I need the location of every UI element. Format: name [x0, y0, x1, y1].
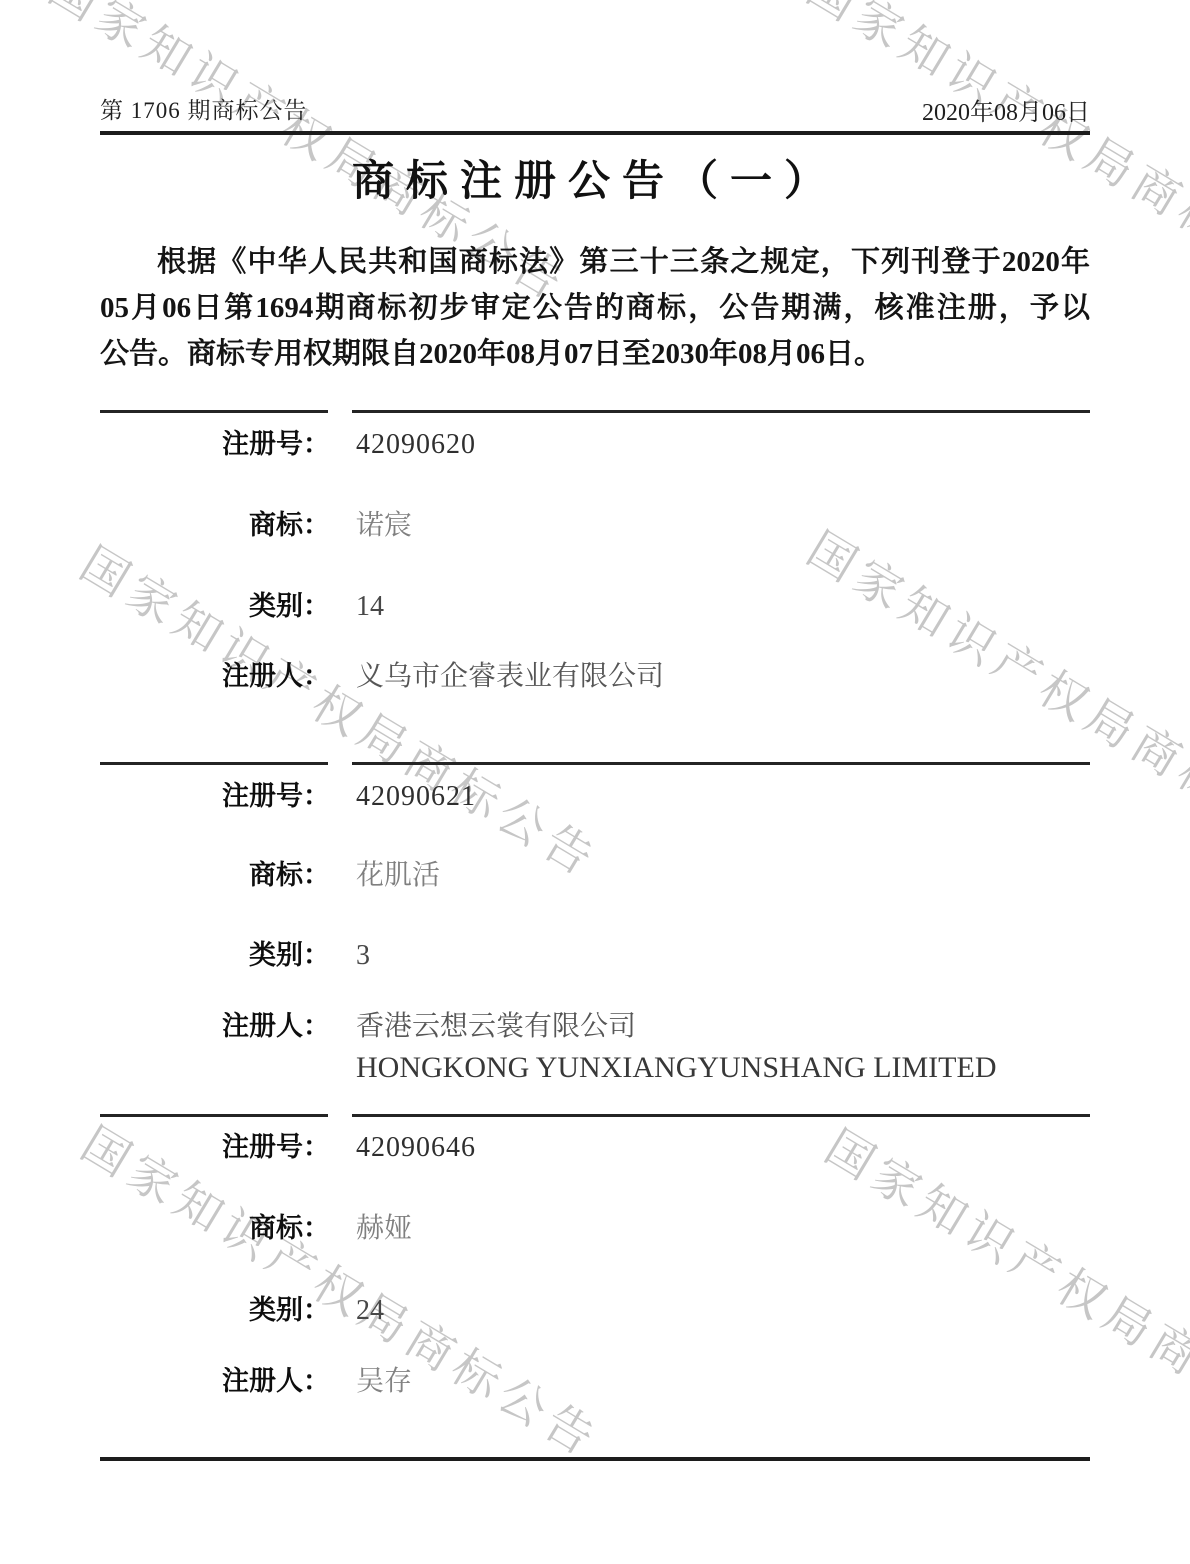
field-label-registrant: 注册人： [100, 661, 330, 692]
registrant-name-english: HONGKONG YUNXIANGYUNSHANG LIMITED [356, 1051, 997, 1084]
page-title: 商标注册公告（一） [100, 148, 1090, 208]
record-row: 类别： 3 [100, 940, 1090, 972]
field-label-registrant: 注册人： [100, 1366, 330, 1397]
record-separator [352, 1114, 1090, 1117]
record-row: 注册号： 42090621 [100, 781, 1090, 813]
issue-date: 2020年08月06日 [922, 92, 1090, 127]
watermark-text: 国家知识产权局商标公告 [796, 513, 1190, 876]
field-label-regno: 注册号： [100, 1132, 330, 1163]
record-row: 注册人： 吴存 [100, 1366, 1090, 1398]
trademark-name: 赫娅 [356, 1213, 412, 1245]
record-separator [352, 410, 1090, 413]
registration-number: 42090646 [356, 1132, 476, 1164]
category-number: 14 [356, 591, 384, 623]
record-separator [100, 410, 328, 413]
record-row: HONGKONG YUNXIANGYUNSHANG LIMITED [356, 1051, 997, 1085]
record-separator [100, 1114, 328, 1117]
field-label-trademark: 商标： [100, 1213, 330, 1244]
field-label-trademark: 商标： [100, 860, 330, 891]
watermark-text: 国家知识产权局商标公告 [814, 1111, 1190, 1474]
issue-number: 第 1706 期商标公告 [100, 92, 308, 125]
registrant-name: 香港云想云裳有限公司 [356, 1011, 636, 1043]
record-separator [352, 762, 1090, 765]
registration-number: 42090621 [356, 781, 476, 813]
record-row: 注册号： 42090620 [100, 429, 1090, 461]
field-label-category: 类别： [100, 591, 330, 622]
intro-line: 05月06日第1694期商标初步审定公告的商标，公告期满，核准注册，予以 [100, 291, 1090, 325]
record-separator [100, 762, 328, 765]
record-row: 商标： 花肌活 [100, 860, 1090, 892]
record-row: 类别： 24 [100, 1295, 1090, 1327]
registrant-name: 义乌市企睿表业有限公司 [356, 661, 664, 693]
field-label-regno: 注册号： [100, 781, 330, 812]
registrant-name: 吴存 [356, 1366, 412, 1398]
record-row: 注册人： 香港云想云裳有限公司 [100, 1011, 1090, 1043]
field-label-category: 类别： [100, 1295, 330, 1326]
record-row: 类别： 14 [100, 591, 1090, 623]
field-label-registrant: 注册人： [100, 1011, 330, 1042]
record-row: 注册人： 义乌市企睿表业有限公司 [100, 661, 1090, 693]
field-label-regno: 注册号： [100, 429, 330, 460]
trademark-name: 花肌活 [356, 860, 440, 892]
header-rule [100, 131, 1090, 135]
gazette-page: 国家知识产权局商标公告 国家知识产权局商标公告 国家知识产权局商标公告 国家知识… [0, 0, 1190, 1564]
field-label-category: 类别： [100, 940, 330, 971]
record-row: 注册号： 42090646 [100, 1132, 1090, 1164]
intro-line: 根据《中华人民共和国商标法》第三十三条之规定，下列刊登于2020年 [157, 245, 1090, 279]
record-row: 商标： 诺宸 [100, 510, 1090, 542]
page-bottom-rule [100, 1457, 1090, 1461]
record-row: 商标： 赫娅 [100, 1213, 1090, 1245]
field-label-trademark: 商标： [100, 510, 330, 541]
category-number: 24 [356, 1295, 384, 1327]
trademark-name: 诺宸 [356, 510, 412, 542]
intro-line: 公告。商标专用权期限自2020年08月07日至2030年08月06日。 [100, 337, 1090, 371]
watermark-text: 国家知识产权局商标公告 [69, 528, 613, 891]
category-number: 3 [356, 940, 370, 972]
registration-number: 42090620 [356, 429, 476, 461]
